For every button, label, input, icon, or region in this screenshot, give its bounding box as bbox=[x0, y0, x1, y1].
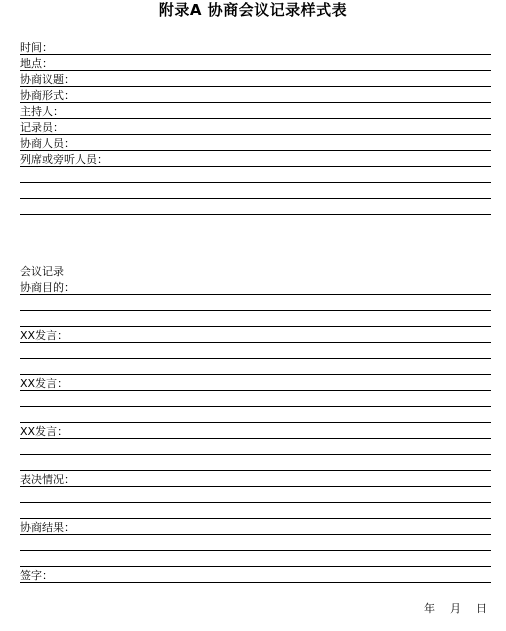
document-title: 附录A 协商会议记录样式表 bbox=[0, 0, 506, 20]
field-vote[interactable]: 表决情况： bbox=[20, 471, 491, 487]
field-label: 协商结果： bbox=[20, 521, 76, 534]
field-label: 协商形式： bbox=[20, 89, 76, 102]
blank-line[interactable] bbox=[20, 551, 491, 567]
section-title: 会议记录 bbox=[20, 265, 64, 278]
field-label: XX发言： bbox=[20, 425, 69, 438]
field-topic[interactable]: 协商议题： bbox=[20, 71, 491, 87]
field-label: 地点： bbox=[20, 57, 54, 70]
blank-line[interactable] bbox=[20, 295, 491, 311]
field-label: 协商目的： bbox=[20, 281, 76, 294]
blank-line[interactable] bbox=[20, 407, 491, 423]
blank-line[interactable] bbox=[20, 503, 491, 519]
blank-line[interactable] bbox=[20, 183, 491, 199]
blank-line[interactable] bbox=[20, 359, 491, 375]
blank-line[interactable] bbox=[20, 167, 491, 183]
field-label: 签字： bbox=[20, 569, 54, 582]
blank-line[interactable] bbox=[20, 311, 491, 327]
field-label: 列席或旁听人员： bbox=[20, 153, 109, 166]
date-month: 月 bbox=[450, 600, 461, 616]
field-label: 记录员： bbox=[20, 121, 65, 134]
blank-line[interactable] bbox=[20, 487, 491, 503]
field-result[interactable]: 协商结果： bbox=[20, 519, 491, 535]
underline bbox=[20, 582, 491, 583]
field-label: XX发言： bbox=[20, 377, 69, 390]
field-participants[interactable]: 协商人员： bbox=[20, 135, 491, 151]
underline bbox=[20, 214, 491, 215]
field-purpose[interactable]: 协商目的： bbox=[20, 279, 491, 295]
blank-line[interactable] bbox=[20, 343, 491, 359]
date-year: 年 bbox=[424, 600, 435, 616]
field-speech-1[interactable]: XX发言： bbox=[20, 327, 491, 343]
field-host[interactable]: 主持人： bbox=[20, 103, 491, 119]
field-label: 协商人员： bbox=[20, 137, 76, 150]
field-time[interactable]: 时间： bbox=[20, 39, 491, 55]
blank-line[interactable] bbox=[20, 535, 491, 551]
blank-line[interactable] bbox=[20, 391, 491, 407]
blank-line[interactable] bbox=[20, 439, 491, 455]
field-speech-3[interactable]: XX发言： bbox=[20, 423, 491, 439]
field-speech-2[interactable]: XX发言： bbox=[20, 375, 491, 391]
field-label: 主持人： bbox=[20, 105, 65, 118]
field-signature[interactable]: 签字： bbox=[20, 567, 491, 583]
field-location[interactable]: 地点： bbox=[20, 55, 491, 71]
field-label: 表决情况： bbox=[20, 473, 76, 486]
field-observers[interactable]: 列席或旁听人员： bbox=[20, 151, 491, 167]
field-recorder[interactable]: 记录员： bbox=[20, 119, 491, 135]
blank-line[interactable] bbox=[20, 199, 491, 215]
blank-line[interactable] bbox=[20, 455, 491, 471]
field-label: 协商议题： bbox=[20, 73, 76, 86]
field-label: XX发言： bbox=[20, 329, 69, 342]
field-format[interactable]: 协商形式： bbox=[20, 87, 491, 103]
field-label: 时间： bbox=[20, 41, 54, 54]
date-day: 日 bbox=[476, 600, 487, 616]
